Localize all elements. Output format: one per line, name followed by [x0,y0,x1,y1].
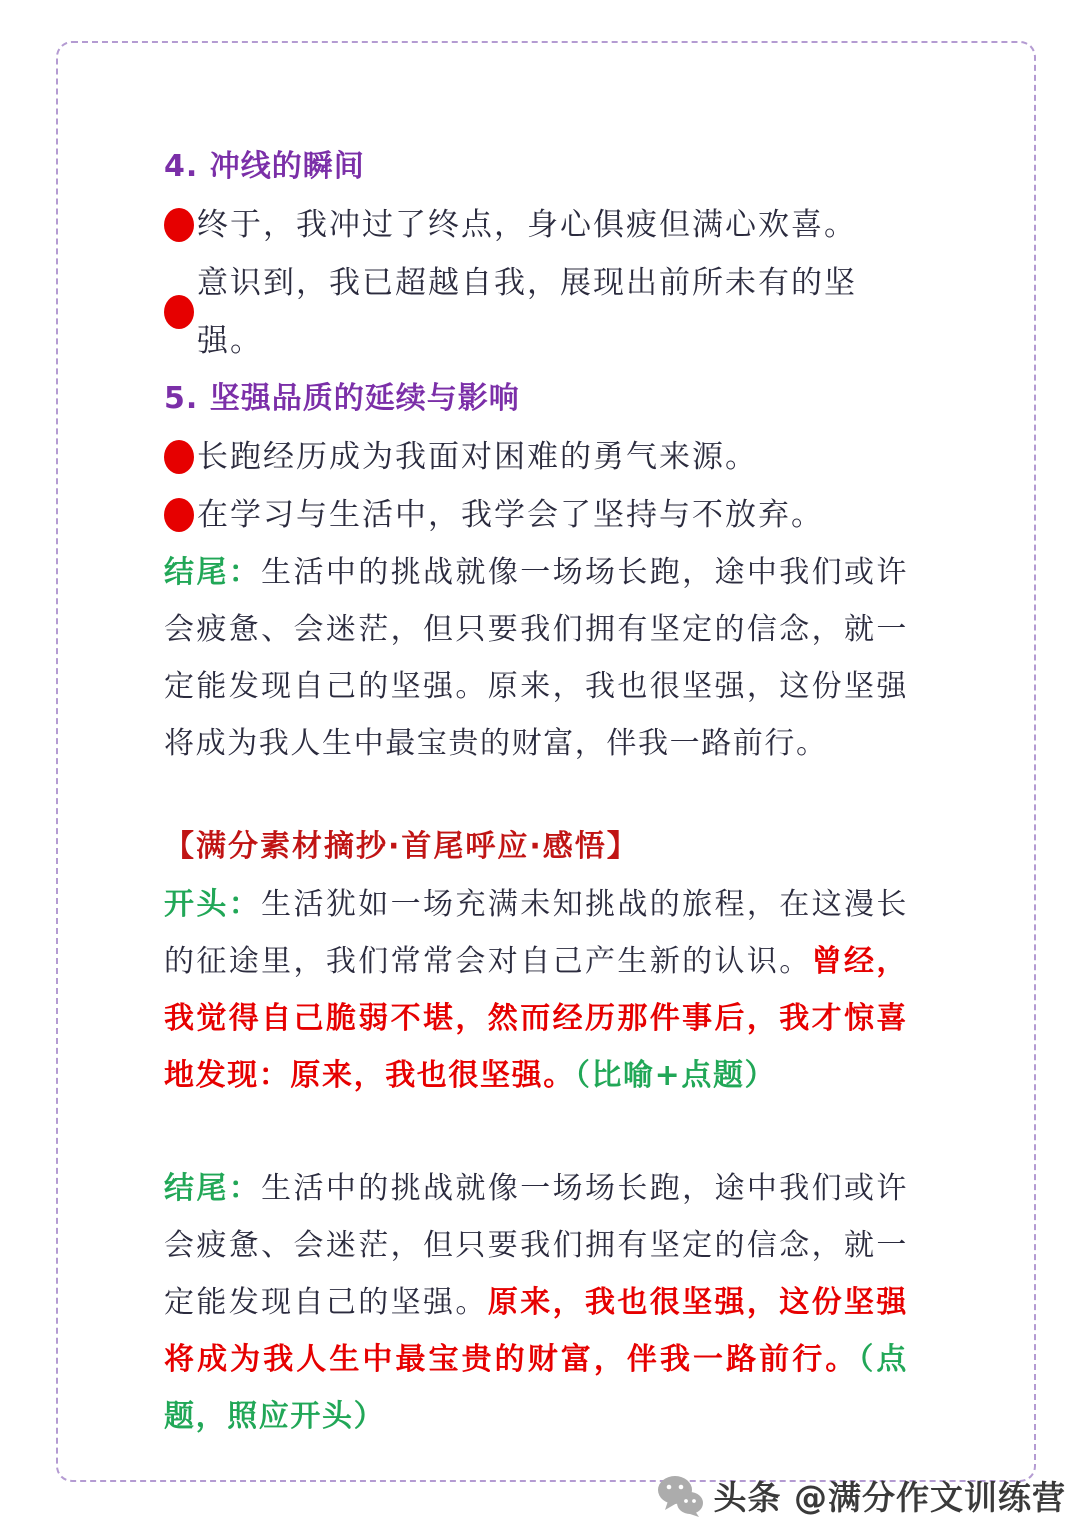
text-segment-body: 生活犹如一场充满未知挑战的旅程，在这漫长的征途里，我们常常会对自己产生新的认识。 [164,887,908,979]
bullet-icon [164,295,194,329]
text-segment-green: 结尾： [164,555,261,590]
bullet-point: 长跑经历成为我面对困难的勇气来源。 [164,428,908,486]
text-segment-green: 开头： [164,887,261,922]
text-segment-body: 生活中的挑战就像一场场长跑，途中我们或许会疲惫、会迷茫，但只要我们拥有坚定的信念… [164,555,908,761]
bullet-icon [164,208,194,242]
bullet-icon [164,440,194,474]
text-segment-green: 结尾： [164,1171,261,1206]
bullet-icon [164,498,194,532]
bullet-point: 终于，我冲过了终点，身心俱疲但满心欢喜。 [164,196,908,254]
section-heading-5: 5. 坚强品质的延续与影响 [164,370,908,428]
wechat-icon [656,1474,704,1518]
bullet-point: 在学习与生活中，我学会了坚持与不放弃。 [164,486,908,544]
section-heading-4: 4. 冲线的瞬间 [164,138,908,196]
watermark-text: 头条 @满分作文训练营 [714,1472,1067,1519]
bullet-text: 意识到，我已超越自我，展现出前所未有的坚强。 [197,254,908,370]
paragraph-ending-outline: 结尾：生活中的挑战就像一场场长跑，途中我们或许会疲惫、会迷茫，但只要我们拥有坚定… [164,544,908,772]
section-heading-material: 【满分素材摘抄·首尾呼应·感悟】 [164,818,908,876]
document-content: 4. 冲线的瞬间终于，我冲过了终点，身心俱疲但满心欢喜。意识到，我已超越自我，展… [164,138,908,1445]
bullet-point: 意识到，我已超越自我，展现出前所未有的坚强。 [164,254,908,370]
bullet-text: 终于，我冲过了终点，身心俱疲但满心欢喜。 [197,196,857,254]
watermark: 头条 @满分作文训练营 [656,1472,1067,1519]
bullet-text: 在学习与生活中，我学会了坚持与不放弃。 [197,486,824,544]
paragraph-ending-sample: 结尾：生活中的挑战就像一场场长跑，途中我们或许会疲惫、会迷茫，但只要我们拥有坚定… [164,1160,908,1445]
bullet-text: 长跑经历成为我面对困难的勇气来源。 [197,428,758,486]
paragraph-opening-sample: 开头：生活犹如一场充满未知挑战的旅程，在这漫长的征途里，我们常常会对自己产生新的… [164,876,908,1104]
text-segment-green: （比喻+点题） [575,1058,776,1093]
